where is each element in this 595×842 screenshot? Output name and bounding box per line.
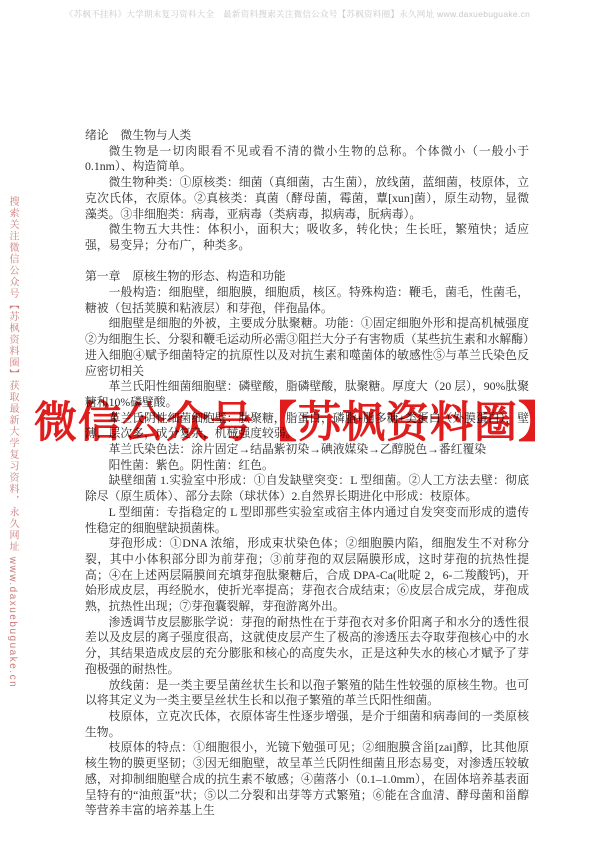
paragraph: 微生物种类：①原核类：细菌（真细菌，古生菌），放线菌，蓝细菌，枝原体，立克次氏体…: [85, 175, 529, 222]
section-heading: 第一章 原核生物的形态、构造和功能: [85, 269, 529, 285]
section: 第一章 原核生物的形态、构造和功能一般构造：细胞壁，细胞膜，细胞质，核区。特殊构…: [85, 269, 529, 819]
paragraph: 一般构造：细胞壁，细胞膜，细胞质，核区。特殊构造：鞭毛，菌毛，性菌毛，糖被（包括…: [85, 285, 529, 316]
section: 绪论 微生物与人类微生物是一切肉眼看不见或看不清的微小生物的总称。个体微小（一般…: [85, 128, 529, 254]
paragraph: 渗透调节皮层膨胀学说：芽孢的耐热性在于芽孢衣对多价阳离子和水分的透性很差以及皮层…: [85, 615, 529, 678]
paragraph: L 型细菌：专指稳定的 L 型即那些实验室或宿主体内通过自发突变而形成的遗传性稳…: [85, 505, 529, 536]
document-body: 绪论 微生物与人类微生物是一切肉眼看不见或看不清的微小生物的总称。个体微小（一般…: [85, 128, 529, 819]
paragraph: 芽孢形成：①DNA 浓缩，形成束状染色体；②细胞膜内陷，细胞发生不对称分裂，其中…: [85, 536, 529, 615]
paragraph: 枝原体，立克次氏体，衣原体寄生性逐步增强，是介于细菌和病毒间的一类原核生物。: [85, 709, 529, 740]
paragraph: 革兰氏阳性细菌细胞壁：磷壁酸，脂磷壁酸，肽聚糖。厚度大（20 层），90%肽聚糖…: [85, 379, 529, 410]
paragraph: 阳性菌：紫色。阴性菌：红色。: [85, 458, 529, 474]
paragraph: 放线菌：是一类主要呈菌丝状生长和以孢子繁殖的陆生性较强的原核生物。也可以将其定义…: [85, 678, 529, 709]
paragraph: 革兰氏染色法：涂片固定→结晶紫初染→碘液媒染→乙醇脱色→番红覆染: [85, 442, 529, 458]
document-page: 《苏枫不挂科》大学期末复习资料大全 最新资料搜索关注微信公众号【苏枫资料圈】永久…: [0, 0, 595, 842]
paragraph: 细胞壁是细胞的外被，主要成分肽聚糖。功能：①固定细胞外形和提高机械强度②为细胞生…: [85, 316, 529, 379]
section-heading: 绪论 微生物与人类: [85, 128, 529, 144]
paragraph: 微生物五大共性：体积小，面积大；吸收多，转化快；生长旺，繁殖快；适应强，易变异；…: [85, 222, 529, 253]
page-header-watermark: 《苏枫不挂科》大学期末复习资料大全 最新资料搜索关注微信公众号【苏枫资料圈】永久…: [0, 8, 595, 20]
paragraph: 缺壁细菌 1.实验室中形成：①自发缺壁突变：L 型细菌。②人工方法去壁：彻底除尽…: [85, 473, 529, 504]
paragraph: 革兰氏阴性细菌细胞壁：肽聚糖，脂蛋白，磷脂+脂多糖+类蛋白（外膜蛋白），壁薄，层…: [85, 411, 529, 442]
paragraph: 微生物是一切肉眼看不见或看不清的微小生物的总称。个体微小（一般小于 0.1nm）…: [85, 144, 529, 175]
side-vertical-watermark: 搜索关注微信公众号【苏枫资料圈】获取最新大学复习资料，永久网址 www.daxu…: [5, 196, 20, 616]
footer-mark: : =: [144, 806, 169, 814]
